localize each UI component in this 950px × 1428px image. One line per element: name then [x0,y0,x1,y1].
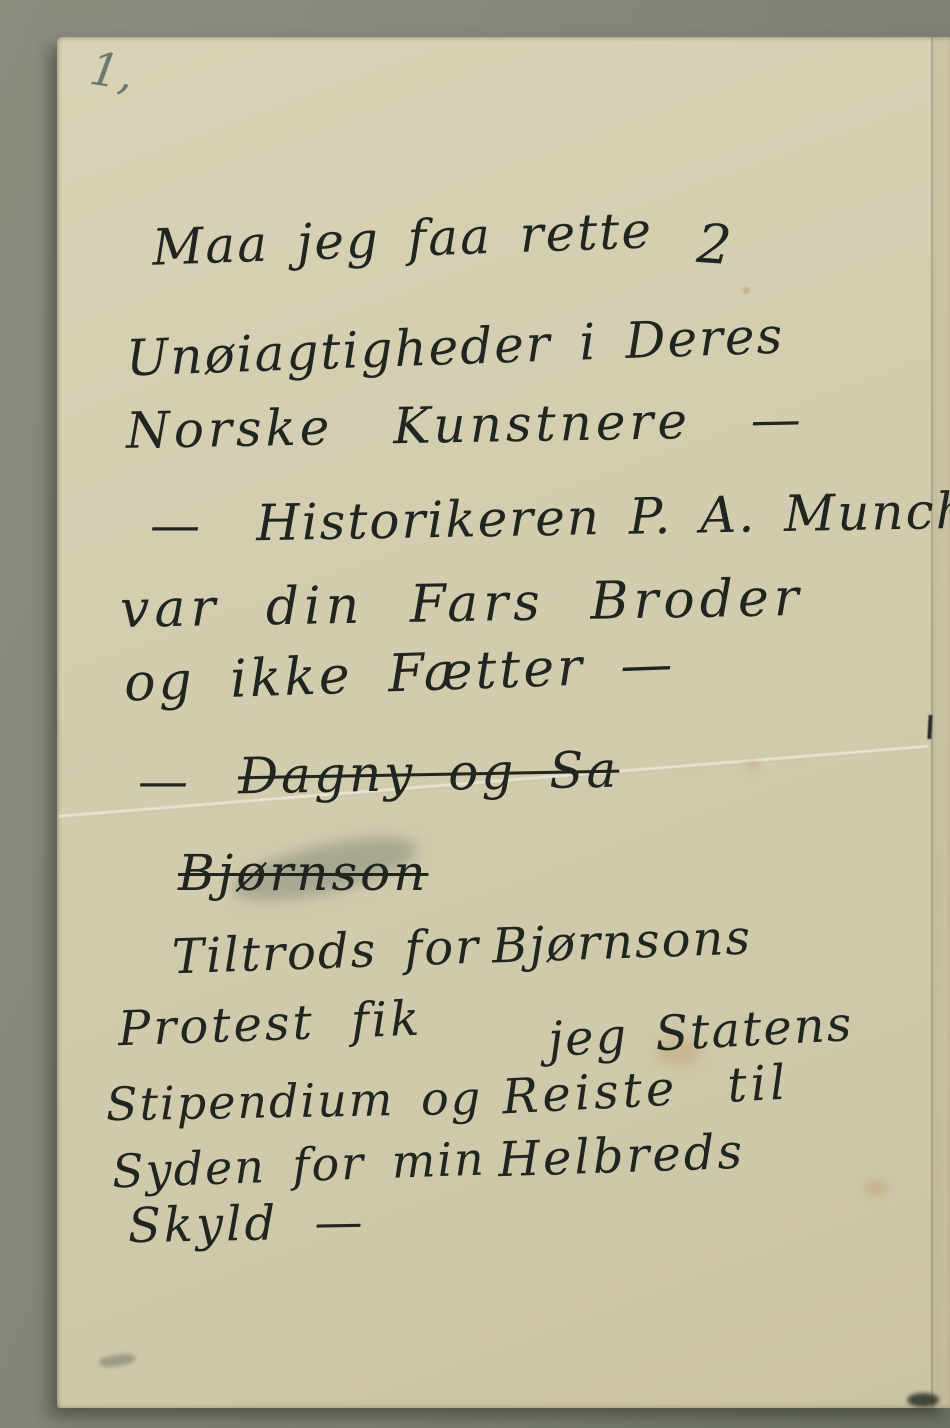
stain [745,759,761,771]
vertical-fold [931,37,950,1408]
stain [743,287,750,294]
handwriting-line-struck: Dagny og Sa [238,745,620,802]
handwriting-line: Protest fik [117,995,423,1054]
ink-blot-bottom [907,1393,939,1407]
handwriting-line: Bjørnsons [491,913,753,970]
handwriting-line: jeg Statens [547,1000,854,1064]
handwriting-line-struck: Bjørnson [178,848,428,898]
handwriting-line: Skyld — [128,1198,366,1250]
handwriting-line: Syden for min [111,1135,486,1194]
handwriting-line: Helbreds [497,1128,746,1185]
handwriting-line: — [150,500,202,550]
handwriting-line: Historikeren P. A. Munch [256,486,950,548]
handwriting-line: Norske Kunstnere — [126,394,806,456]
handwriting-line: Tiltrods for [171,923,481,982]
page-number-pencil: 1, [86,41,138,101]
handwriting-line: var din Fars Broder [120,572,804,636]
handwriting-line: Reiste til [501,1059,791,1122]
pencil-smudge [98,1353,135,1369]
stain [863,1179,889,1197]
handwriting-line: Stipendium og [106,1075,483,1128]
handwriting-line: — [138,756,190,806]
handwriting-line: 2 [695,217,735,273]
